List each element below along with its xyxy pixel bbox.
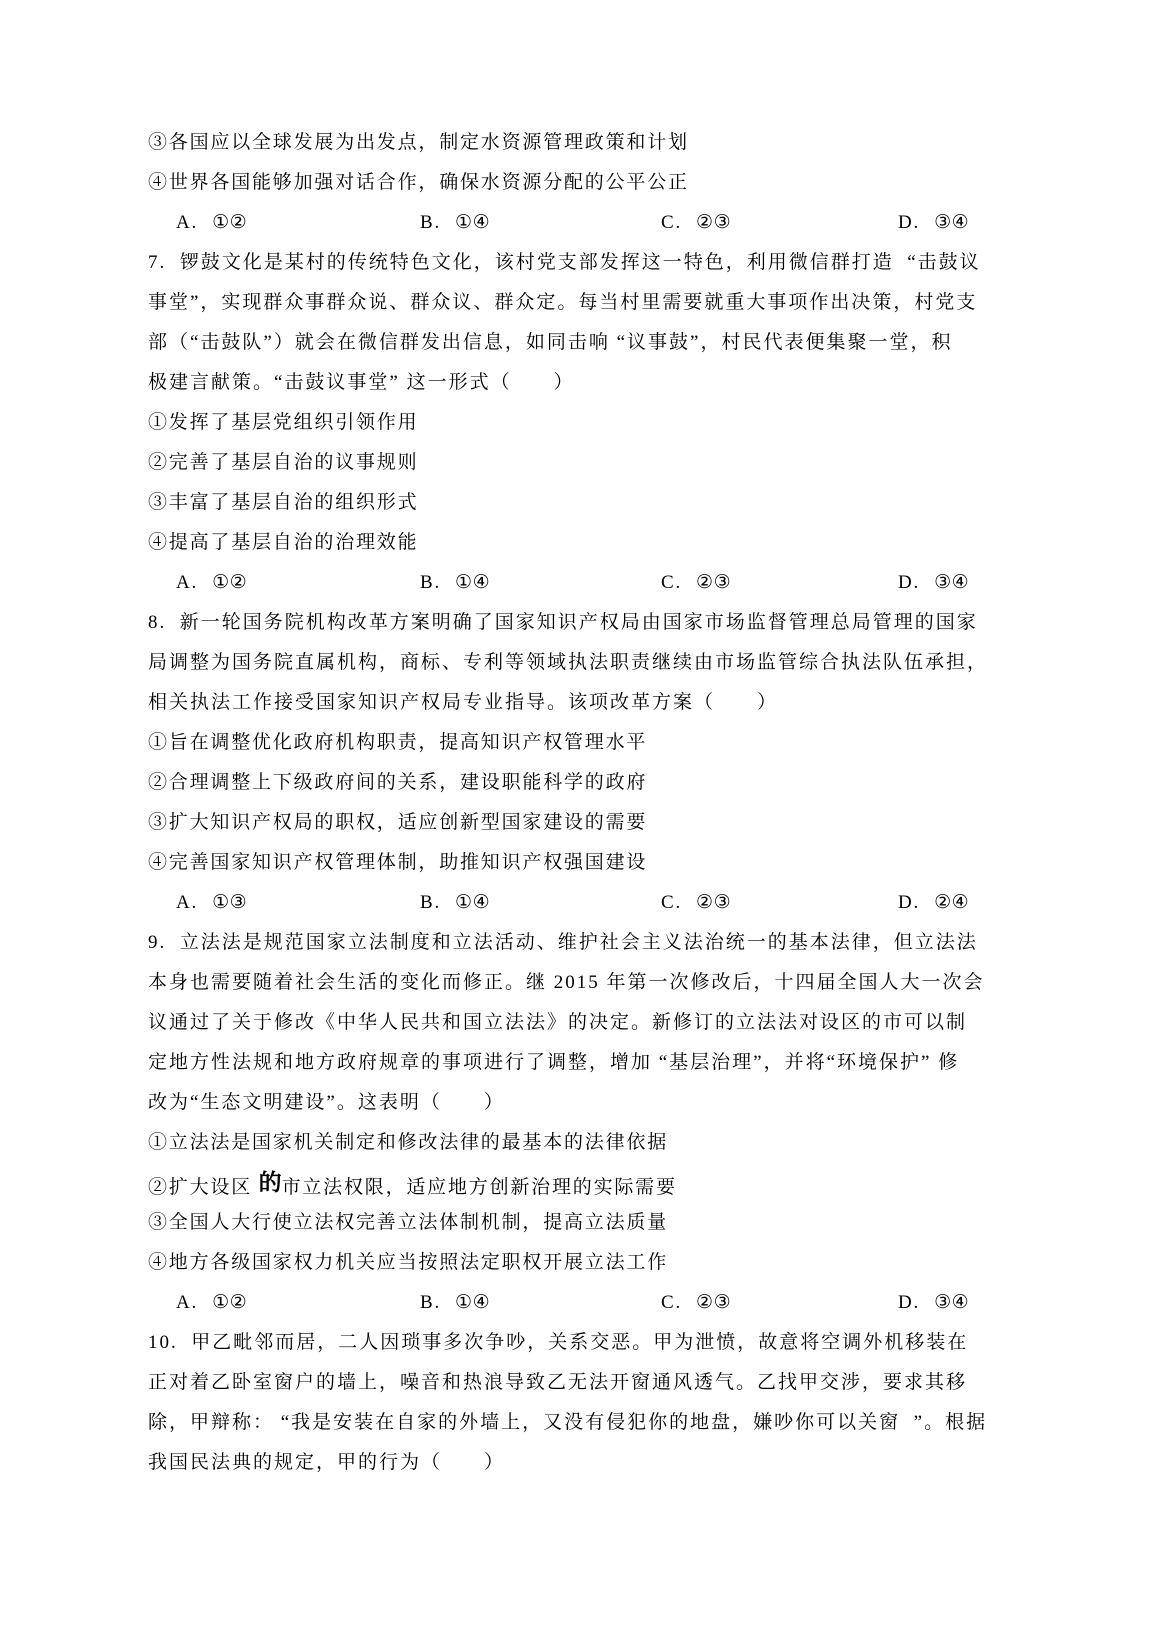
exam-page: ③各国应以全球发展为出发点，制定水资源管理政策和计划 ④世界各国能够加强对话合作…	[0, 0, 1158, 1638]
choice-item-bold-char: 的	[259, 1170, 282, 1195]
option-a-value: ①②	[212, 1292, 247, 1313]
option-c-label: C.	[661, 572, 682, 593]
option-c-value: ②③	[696, 1292, 731, 1313]
option-b: B.①④	[420, 883, 661, 923]
option-d-value: ②④	[934, 892, 969, 913]
choice-item-prefix: ②扩大设区	[148, 1177, 259, 1198]
question-stem-line: 相关执法工作接受国家知识产权局专业指导。该项改革方案（ ）	[148, 683, 1016, 723]
question-7-section: 7. 锣鼓文化是某村的传统特色文化，该村党支部发挥这一特色，利用微信群打造 “击…	[148, 243, 1016, 603]
option-d-label: D.	[898, 212, 920, 233]
question-stem-line: 事堂”，实现群众事群众说、群众议、群众定。每当村里需要就重大事项作出决策，村党支	[148, 283, 1016, 323]
option-c: C.②③	[661, 1283, 898, 1323]
question-6-section: ③各国应以全球发展为出发点，制定水资源管理政策和计划 ④世界各国能够加强对话合作…	[148, 123, 1016, 243]
option-a-value: ①②	[212, 212, 247, 233]
option-b-label: B.	[420, 1292, 441, 1313]
option-a-value: ①②	[212, 572, 247, 593]
question-stem-line: 极建言献策。“击鼓议事堂” 这一形式（ ）	[148, 363, 1016, 403]
question-stem-line: 局调整为国务院直属机构，商标、专利等领域执法职责继续由市场监管综合执法队伍承担，	[148, 643, 1016, 683]
option-b-value: ①④	[455, 1292, 490, 1313]
question-9-section: 9. 立法法是规范国家立法制度和立法活动、维护社会主义法治统一的基本法律，但立法…	[148, 923, 1016, 1323]
option-c-value: ②③	[696, 892, 731, 913]
choice-item-line: ②扩大设区 的市立法权限，适应地方创新治理的实际需要	[148, 1163, 1016, 1203]
question-8-section: 8. 新一轮国务院机构改革方案明确了国家知识产权局由国家市场监督管理总局管理的国…	[148, 603, 1016, 923]
option-b-label: B.	[420, 892, 441, 913]
option-c-label: C.	[661, 1292, 682, 1313]
option-c-label: C.	[661, 892, 682, 913]
option-a: A.①③	[176, 883, 420, 923]
choice-item-line: ③扩大知识产权局的职权，适应创新型国家建设的需要	[148, 803, 1016, 843]
choice-item-suffix: 市立法权限，适应地方创新治理的实际需要	[282, 1177, 677, 1198]
question-stem-line: 9. 立法法是规范国家立法制度和立法活动、维护社会主义法治统一的基本法律，但立法…	[148, 923, 1016, 963]
choice-item-line: ④地方各级国家权力机关应当按照法定职权开展立法工作	[148, 1243, 1016, 1283]
question-stem-line: 10. 甲乙毗邻而居，二人因琐事多次争吵，关系交恶。甲为泄愤，故意将空调外机移装…	[148, 1323, 1016, 1363]
choice-item-line: ②合理调整上下级政府间的关系，建设职能科学的政府	[148, 763, 1016, 803]
choice-item-line: ④完善国家知识产权管理体制，助推知识产权强国建设	[148, 843, 1016, 883]
option-c-value: ②③	[696, 572, 731, 593]
choice-item-line: ①发挥了基层党组织引领作用	[148, 403, 1016, 443]
question-stem-line: 本身也需要随着社会生活的变化而修正。继 2015 年第一次修改后，十四届全国人大…	[148, 963, 1016, 1003]
option-d: D.②④	[898, 883, 1016, 923]
option-d-value: ③④	[934, 572, 969, 593]
choice-item-line: ④世界各国能够加强对话合作，确保水资源分配的公平公正	[148, 163, 1016, 203]
question-stem-line: 议通过了关于修改《中华人民共和国立法法》的决定。新修订的立法法对设区的市可以制	[148, 1003, 1016, 1043]
choice-item-line: ②完善了基层自治的议事规则	[148, 443, 1016, 483]
option-d-label: D.	[898, 892, 920, 913]
exam-content: ③各国应以全球发展为出发点，制定水资源管理政策和计划 ④世界各国能够加强对话合作…	[148, 123, 1016, 1483]
option-d-value: ③④	[934, 212, 969, 233]
options-row: A.①③ B.①④ C.②③ D.②④	[148, 883, 1016, 923]
option-b: B.①④	[420, 203, 661, 243]
option-b-label: B.	[420, 212, 441, 233]
question-stem-line: 7. 锣鼓文化是某村的传统特色文化，该村党支部发挥这一特色，利用微信群打造 “击…	[148, 243, 1016, 283]
choice-item-line: ④提高了基层自治的治理效能	[148, 523, 1016, 563]
option-c: C.②③	[661, 883, 898, 923]
option-c-label: C.	[661, 212, 682, 233]
option-a-label: A.	[176, 1292, 198, 1313]
option-b: B.①④	[420, 1283, 661, 1323]
question-stem-line: 8. 新一轮国务院机构改革方案明确了国家知识产权局由国家市场监督管理总局管理的国…	[148, 603, 1016, 643]
question-stem-line: 改为“生态文明建设”。这表明（ ）	[148, 1083, 1016, 1123]
option-d: D.③④	[898, 203, 1016, 243]
choice-item-line: ③全国人大行使立法权完善立法体制机制，提高立法质量	[148, 1203, 1016, 1243]
option-d-label: D.	[898, 1292, 920, 1313]
option-a: A.①②	[176, 203, 420, 243]
choice-item-line: ③丰富了基层自治的组织形式	[148, 483, 1016, 523]
choice-item-line: ①立法法是国家机关制定和修改法律的最基本的法律依据	[148, 1123, 1016, 1163]
option-c: C.②③	[661, 563, 898, 603]
option-a: A.①②	[176, 1283, 420, 1323]
choice-item-line: ③各国应以全球发展为出发点，制定水资源管理政策和计划	[148, 123, 1016, 163]
option-a-value: ①③	[212, 892, 247, 913]
option-a-label: A.	[176, 572, 198, 593]
option-b-value: ①④	[455, 572, 490, 593]
choice-item-line: ①旨在调整优化政府机构职责，提高知识产权管理水平	[148, 723, 1016, 763]
option-c: C.②③	[661, 203, 898, 243]
option-d-label: D.	[898, 572, 920, 593]
option-b-value: ①④	[455, 212, 490, 233]
option-a-label: A.	[176, 212, 198, 233]
option-d-value: ③④	[934, 1292, 969, 1313]
option-d: D.③④	[898, 563, 1016, 603]
option-c-value: ②③	[696, 212, 731, 233]
question-stem-line: 定地方性法规和地方政府规章的事项进行了调整，增加 “基层治理”，并将“环境保护”…	[148, 1043, 1016, 1083]
option-b-label: B.	[420, 572, 441, 593]
options-row: A.①② B.①④ C.②③ D.③④	[148, 1283, 1016, 1323]
option-a-label: A.	[176, 892, 198, 913]
option-b: B.①④	[420, 563, 661, 603]
question-stem-line: 我国民法典的规定，甲的行为（ ）	[148, 1443, 1016, 1483]
question-stem-line: 部（“击鼓队”）就会在微信群发出信息，如同击响 “议事鼓”，村民代表便集聚一堂，…	[148, 323, 1016, 363]
option-d: D.③④	[898, 1283, 1016, 1323]
question-stem-line: 正对着乙卧室窗户的墙上，噪音和热浪导致乙无法开窗通风透气。乙找甲交涉，要求其移	[148, 1363, 1016, 1403]
option-b-value: ①④	[455, 892, 490, 913]
question-10-section: 10. 甲乙毗邻而居，二人因琐事多次争吵，关系交恶。甲为泄愤，故意将空调外机移装…	[148, 1323, 1016, 1483]
options-row: A.①② B.①④ C.②③ D.③④	[148, 563, 1016, 603]
option-a: A.①②	[176, 563, 420, 603]
options-row: A.①② B.①④ C.②③ D.③④	[148, 203, 1016, 243]
question-stem-line: 除，甲辩称： “我是安装在自家的外墙上，又没有侵犯你的地盘，嫌吵你可以关窗 ”。…	[148, 1403, 1016, 1443]
